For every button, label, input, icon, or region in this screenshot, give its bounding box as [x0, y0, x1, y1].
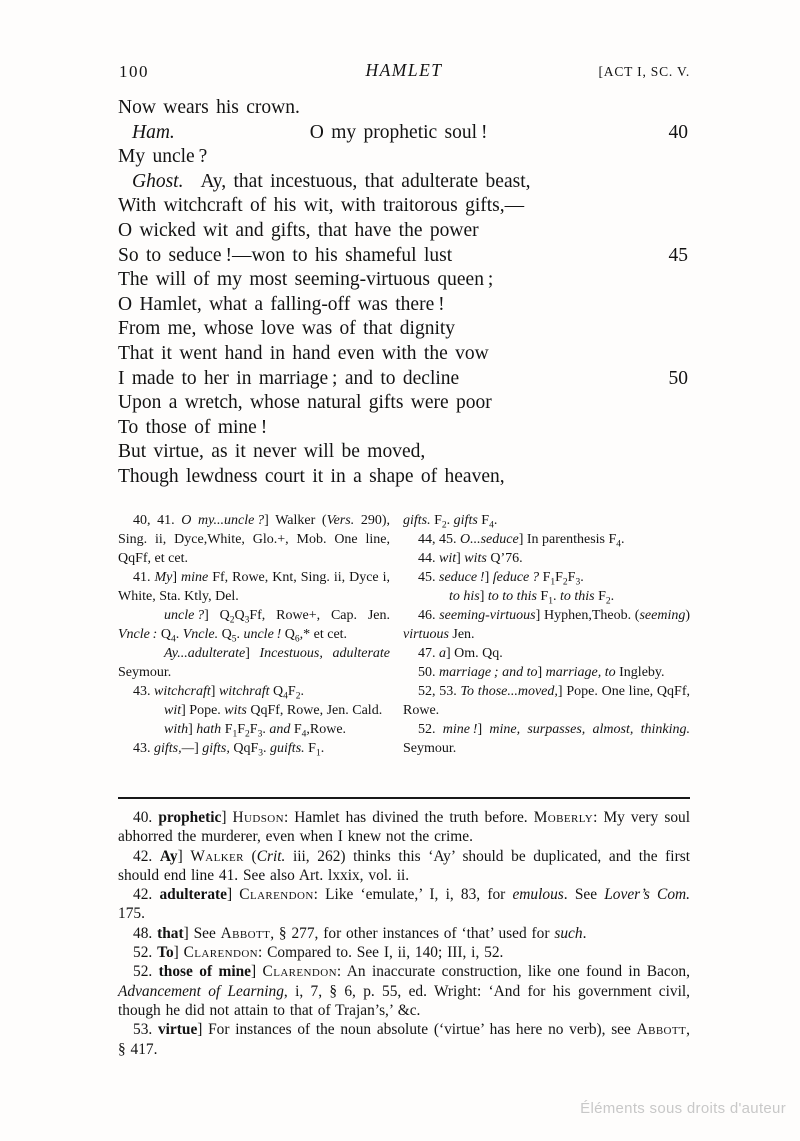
apparatus-entry: 44. wit] wits Q’76. — [403, 549, 690, 568]
bold-lemma: adulterate — [159, 886, 227, 903]
verse-line: Upon a wretch, whose natural gifts were … — [118, 391, 690, 416]
verse-text: So to seduce !—won to his shameful lust — [118, 245, 452, 266]
bold-lemma: Ay — [160, 848, 178, 865]
italic-text: gifts — [454, 513, 478, 528]
line-number: 50 — [669, 367, 689, 392]
apparatus-entry: 52. mine !] mine, surpasses, almost, thi… — [403, 720, 690, 758]
subscript-siglum: 2 — [245, 730, 250, 740]
apparatus-entry: 52, 53. To those...moved,] Pope. One lin… — [403, 682, 690, 720]
commentary-entry: 42. adulterate] Clarendon: Like ‘emulate… — [118, 885, 690, 924]
verse-line: Ghost.Ay, that incestuous, that adultera… — [118, 170, 690, 195]
subscript-siglum: 2 — [563, 578, 568, 588]
subscript-siglum: 2 — [606, 597, 611, 607]
verse-text: O my prophetic soul ! — [310, 122, 488, 143]
commentary-entry: 52. To] Clarendon: Compared to. See I, i… — [118, 943, 690, 962]
commentary-entry: 40. prophetic] Hudson: Hamlet has divine… — [118, 808, 690, 847]
smallcaps-name: Walker — [190, 848, 244, 865]
verse-text: But virtue, as it never will be moved, — [118, 441, 425, 462]
italic-text: My — [154, 570, 172, 585]
smallcaps-name: Abbott — [637, 1021, 687, 1038]
italic-text: marriage, to — [546, 665, 616, 680]
line-number: 40 — [669, 121, 689, 146]
italic-text: uncle ? — [164, 608, 204, 623]
smallcaps-name: Clarendon — [239, 886, 313, 903]
italic-text: To those...moved, — [461, 684, 558, 699]
verse-line: The will of my most seeming-virtuous que… — [118, 268, 690, 293]
verse-text: The will of my most seeming-virtuous que… — [118, 269, 493, 290]
verse-text: From me, whose love was of that dignity — [118, 318, 455, 339]
subscript-siglum: 4 — [489, 521, 494, 531]
verse-text: Though lewdness court it in a shape of h… — [118, 466, 505, 487]
italic-text: Crit. — [257, 848, 286, 865]
smallcaps-name: Clarendon — [184, 944, 258, 961]
italic-text: wits — [464, 551, 487, 566]
verse-text: That it went hand in hand even with the … — [118, 343, 489, 364]
bold-lemma: virtue — [158, 1021, 197, 1038]
subscript-siglum: 4 — [616, 540, 621, 550]
smallcaps-name: Abbott — [221, 925, 271, 942]
apparatus-entry: Ay...adulterate] Incestuous, adulterate … — [118, 644, 390, 682]
verse-text: Now wears his crown. — [118, 97, 300, 118]
italic-text: hath — [196, 722, 221, 737]
italic-text: a — [439, 646, 446, 661]
commentary-notes: 40. prophetic] Hudson: Hamlet has divine… — [118, 808, 690, 1059]
verse-line: From me, whose love was of that dignity — [118, 317, 690, 342]
bold-lemma: To — [157, 944, 174, 961]
italic-text: with — [164, 722, 188, 737]
italic-text: to his — [449, 589, 480, 604]
verse-line: But virtue, as it never will be moved, — [118, 440, 690, 465]
italic-text: such — [554, 925, 582, 942]
apparatus-entry: 40, 41. O my...uncle ?] Walker (Vers. 29… — [118, 511, 390, 568]
apparatus-right-column: gifts. F2. gifts F4.44, 45. O...seduce] … — [403, 511, 690, 758]
apparatus-entry: 45. seduce !] ſeduce ? F1F2F3. — [403, 568, 690, 587]
verse-line: Ham.O my prophetic soul !40 — [118, 121, 690, 146]
verse-text: With witchcraft of his wit, with traitor… — [118, 195, 524, 216]
subscript-siglum: 5 — [232, 635, 237, 645]
italic-text: wits — [224, 703, 247, 718]
italic-text: Vncle. — [183, 627, 218, 642]
act-scene-label: [ACT I, SC. V. — [599, 64, 690, 80]
verse-text: O Hamlet, what a falling-off was there ! — [118, 294, 445, 315]
subscript-siglum: 6 — [295, 635, 300, 645]
apparatus-entry: uncle ?] Q2Q3Ff, Rowe+, Cap. Jen. Vncle … — [118, 606, 390, 644]
verse-line: My uncle ? — [118, 145, 690, 170]
speaker-label: Ham. — [132, 122, 175, 143]
subscript-siglum: 2 — [442, 521, 447, 531]
verse-line: With witchcraft of his wit, with traitor… — [118, 194, 690, 219]
italic-text: mine ! — [443, 722, 478, 737]
italic-text: mine, surpasses, almost, thinking. — [489, 722, 690, 737]
commentary-entry: 48. that] See Abbott, § 277, for other i… — [118, 924, 690, 943]
verse-line: O wicked wit and gifts, that have the po… — [118, 219, 690, 244]
verse-line: Though lewdness court it in a shape of h… — [118, 465, 690, 490]
italic-text: guifts. — [270, 741, 305, 756]
apparatus-entry: 46. seeming-virtuous] Hyphen,Theob. (see… — [403, 606, 690, 644]
italic-text: wit — [439, 551, 456, 566]
verse-line: So to seduce !—won to his shameful lust4… — [118, 244, 690, 269]
line-number: 45 — [669, 244, 689, 269]
subscript-siglum: 3 — [575, 578, 580, 588]
subscript-siglum: 1 — [550, 578, 555, 588]
italic-text: to to this — [488, 589, 537, 604]
commentary-entry: 53. virtue] For instances of the noun ab… — [118, 1020, 690, 1059]
verse-text: Upon a wretch, whose natural gifts were … — [118, 392, 492, 413]
subscript-siglum: 4 — [283, 692, 288, 702]
italic-text: emulous — [512, 886, 563, 903]
smallcaps-name: Moberly — [534, 809, 593, 826]
italic-text: O my...uncle ? — [181, 513, 264, 528]
verse-text: Ay, that incestuous, that adulterate bea… — [200, 171, 530, 192]
italic-text: ſeduce ? — [493, 570, 539, 585]
smallcaps-name: Hudson — [233, 809, 284, 826]
italic-text: O...seduce — [460, 532, 519, 547]
apparatus-entry: wit] Pope. wits QqFf, Rowe, Jen. Cald. — [118, 701, 390, 720]
verse-line: To those of mine ! — [118, 416, 690, 441]
italic-text: gifts,— — [154, 741, 194, 756]
italic-text: wit — [164, 703, 181, 718]
copyright-watermark: Éléments sous droits d'auteur — [580, 1100, 786, 1117]
verse-text: To those of mine ! — [118, 417, 267, 438]
italic-text: Lover’s Com. — [604, 886, 690, 903]
verse-line: O Hamlet, what a falling-off was there ! — [118, 293, 690, 318]
running-header: 100 HAMLET [ACT I, SC. V. — [118, 60, 690, 86]
verse-block: Now wears his crown.Ham.O my prophetic s… — [118, 96, 690, 490]
commentary-entry: 52. those of mine] Clarendon: An inaccur… — [118, 962, 690, 1020]
textual-apparatus: 40, 41. O my...uncle ?] Walker (Vers. 29… — [118, 511, 690, 758]
apparatus-entry: to his] to to this F1. to this F2. — [403, 587, 690, 606]
apparatus-left-column: 40, 41. O my...uncle ?] Walker (Vers. 29… — [118, 511, 390, 758]
subscript-siglum: 2 — [296, 692, 301, 702]
verse-line: That it went hand in hand even with the … — [118, 342, 690, 367]
bold-lemma: those of mine — [159, 963, 251, 980]
italic-text: Vncle : — [118, 627, 157, 642]
apparatus-entry: 41. My] mine Ff, Rowe, Knt, Sing. ii, Dy… — [118, 568, 390, 606]
bold-lemma: that — [157, 925, 184, 942]
subscript-siglum: 3 — [245, 616, 250, 626]
italic-text: mine — [181, 570, 208, 585]
verse-text: O wicked wit and gifts, that have the po… — [118, 220, 479, 241]
verse-line: Now wears his crown. — [118, 96, 690, 121]
italic-text: virtuous — [403, 627, 449, 642]
italic-text: witchcraft — [154, 684, 211, 699]
italic-text: gifts, — [202, 741, 230, 756]
italic-text: and — [269, 722, 290, 737]
apparatus-entry: 43. gifts,—] gifts, QqF3. guifts. F1. — [118, 739, 390, 758]
apparatus-entry: 43. witchcraft] witchraft Q4F2. — [118, 682, 390, 701]
subscript-siglum: 4 — [302, 730, 307, 740]
subscript-siglum: 3 — [258, 730, 263, 740]
apparatus-entry: 44, 45. O...seduce] In parenthesis F4. — [403, 530, 690, 549]
verse-line: I made to her in marriage ; and to decli… — [118, 367, 690, 392]
italic-text: Incestuous, adulterate — [260, 646, 391, 661]
apparatus-entry: 47. a] Om. Qq. — [403, 644, 690, 663]
italic-text: gifts. — [403, 513, 431, 528]
italic-text: Vers. — [327, 513, 355, 528]
apparatus-entry: gifts. F2. gifts F4. — [403, 511, 690, 530]
italic-text: to this — [560, 589, 595, 604]
bold-lemma: prophetic — [158, 809, 221, 826]
subscript-siglum: 1 — [316, 749, 321, 759]
italic-text: Advancement of Learning — [118, 983, 284, 1000]
italic-text: seeming-virtuous — [439, 608, 535, 623]
italic-text: uncle ! — [243, 627, 281, 642]
italic-text: marriage ; and to — [439, 665, 537, 680]
scanned-book-page: 100 HAMLET [ACT I, SC. V. Now wears his … — [0, 0, 800, 1141]
apparatus-entry: 50. marriage ; and to] marriage, to Ingl… — [403, 663, 690, 682]
apparatus-entry: with] hath F1F2F3. and F4,Rowe. — [118, 720, 390, 739]
subscript-siglum: 1 — [232, 730, 237, 740]
italic-text: seduce ! — [439, 570, 485, 585]
section-divider-rule — [118, 797, 690, 799]
subscript-siglum: 1 — [548, 597, 553, 607]
verse-text: I made to her in marriage ; and to decli… — [118, 368, 459, 389]
smallcaps-name: Clarendon — [263, 963, 337, 980]
commentary-entry: 42. Ay] Walker (Crit. iii, 262) thinks t… — [118, 847, 690, 886]
subscript-siglum: 4 — [171, 635, 176, 645]
italic-text: seeming — [639, 608, 685, 623]
italic-text: Ay...adulterate — [164, 646, 245, 661]
speaker-label: Ghost. — [132, 171, 183, 192]
subscript-siglum: 2 — [230, 616, 235, 626]
italic-text: witchraft — [219, 684, 270, 699]
verse-text: My uncle ? — [118, 146, 207, 167]
subscript-siglum: 3 — [258, 749, 263, 759]
